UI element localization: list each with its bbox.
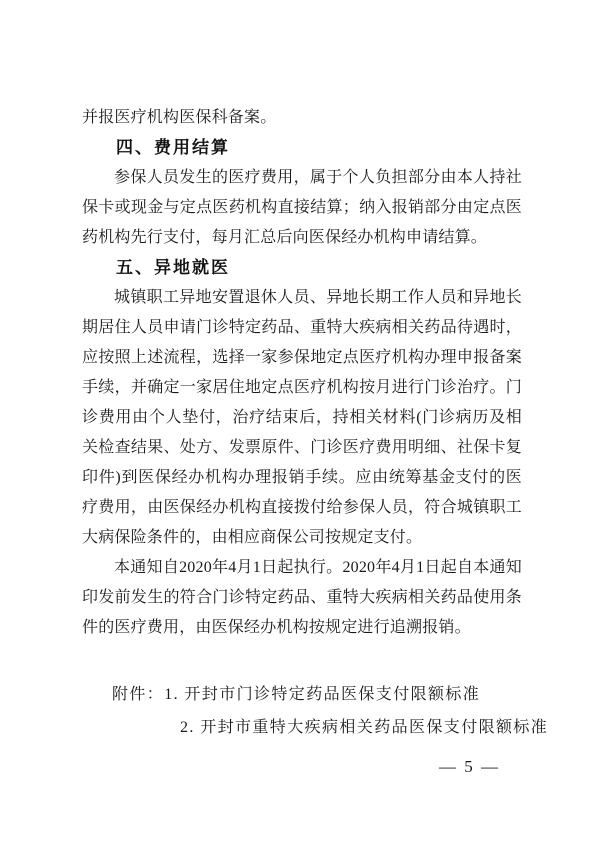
document-body: 并报医疗机构医保科备案。 四、费用结算 参保人员发生的医疗费用，属于个人负担部分… [82, 103, 522, 744]
attachment-item-1: 1. 开封市门诊特定药品医保支付限额标准 [164, 686, 480, 703]
attachment-item-2: 2. 开封市重特大疾病相关药品医保支付限额标准 [180, 719, 548, 736]
attachments-label: 附件： [112, 686, 164, 703]
section-heading-remote-medical: 五、异地就医 [82, 253, 522, 283]
paragraph-remote-medical-process: 城镇职工异地安置退休人员、异地长期工作人员和异地长期居住人员申请门诊特定药品、重… [82, 283, 522, 553]
section-heading-fee-settlement: 四、费用结算 [82, 133, 522, 163]
paragraph-continuation: 并报医疗机构医保科备案。 [82, 103, 522, 133]
document-page: 并报医疗机构医保科备案。 四、费用结算 参保人员发生的医疗费用，属于个人负担部分… [0, 0, 597, 844]
page-number: — 5 — [439, 757, 500, 777]
paragraph-fee-settlement: 参保人员发生的医疗费用，属于个人负担部分由本人持社保卡或现金与定点医药机构直接结… [82, 163, 522, 253]
attachments-block: 附件：1. 开封市门诊特定药品医保支付限额标准 2. 开封市重特大疾病相关药品医… [112, 678, 522, 744]
paragraph-effective-date: 本通知自2020年4月1日起执行。2020年4月1日起自本通知印发前发生的符合门… [82, 553, 522, 643]
attachment-row: 附件：1. 开封市门诊特定药品医保支付限额标准 [112, 678, 522, 711]
attachment-row: 2. 开封市重特大疾病相关药品医保支付限额标准 [112, 711, 522, 744]
